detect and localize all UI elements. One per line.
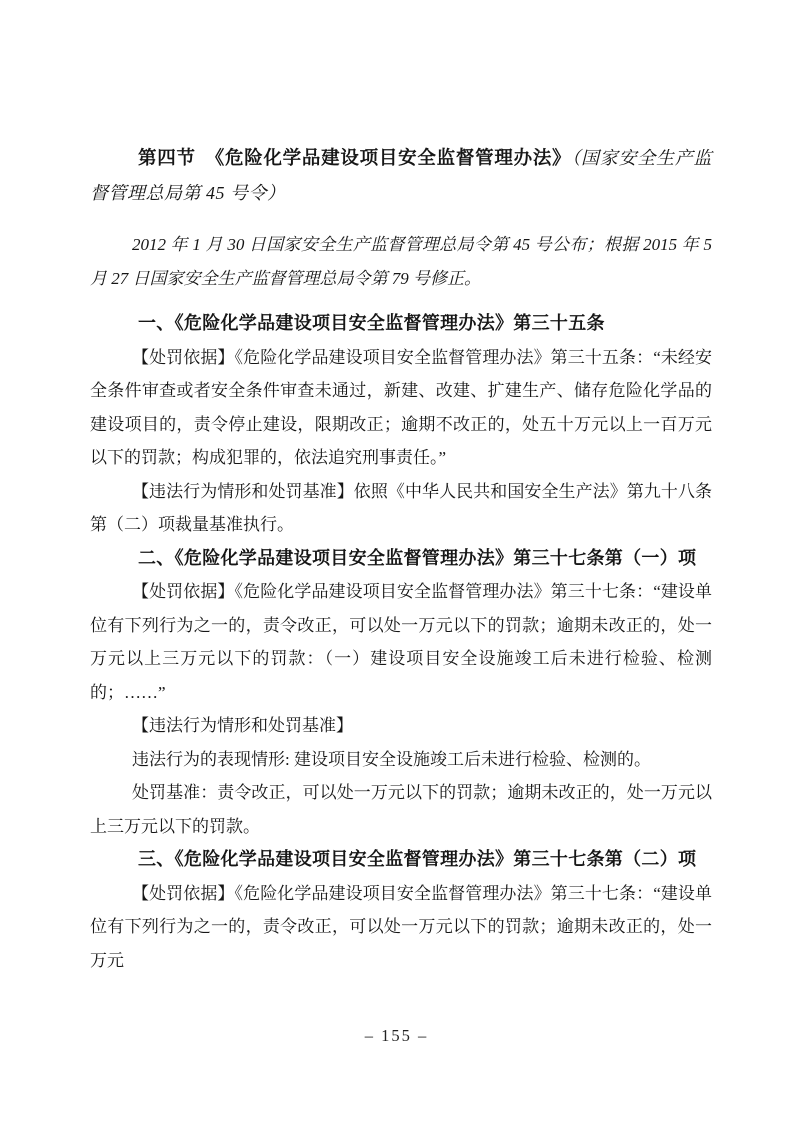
page-number: – 155 – [0,1026,793,1046]
paragraph-penalty-standard-2: 处罚基准：责令改正，可以处一万元以下的罚款；逾期未改正的，处一万元以上三万元以下… [90,776,712,843]
document-page: 第四节 《危险化学品建设项目安全监督管理办法》（国家安全生产监督管理总局第 45… [0,0,793,1122]
paragraph-penalty-basis-3: 【处罚依据】《危险化学品建设项目安全监督管理办法》第三十七条：“建设单位有下列行… [90,877,712,978]
heading-section-2: 二、《危险化学品建设项目安全监督管理办法》第三十七条第（一）项 [90,542,712,576]
paragraph-penalty-basis-1: 【处罚依据】《危险化学品建设项目安全监督管理办法》第三十五条：“未经安全条件审查… [90,341,712,475]
heading-section-3: 三、《危险化学品建设项目安全监督管理办法》第三十七条第（二）项 [90,843,712,877]
paragraph-penalty-basis-2: 【处罚依据】《危险化学品建设项目安全监督管理办法》第三十七条：“建设单位有下列行… [90,575,712,709]
paragraph-violation-standard-2-label: 【违法行为情形和处罚基准】 [90,709,712,743]
paragraph-violation-form-2: 违法行为的表现情形: 建设项目安全设施竣工后未进行检验、检测的。 [90,743,712,777]
heading-section-1: 一、《危险化学品建设项目安全监督管理办法》第三十五条 [90,307,712,341]
revision-note: 2012 年 1 月 30 日国家安全生产监督管理总局令第 45 号公布；根据 … [90,228,712,295]
section-title: 第四节 《危险化学品建设项目安全监督管理办法》（国家安全生产监督管理总局第 45… [90,141,712,210]
section-title-main: 第四节 《危险化学品建设项目安全监督管理办法》 [138,147,571,168]
paragraph-violation-standard-1: 【违法行为情形和处罚基准】依照《中华人民共和国安全生产法》第九十八条第（二）项裁… [90,475,712,542]
document-content: 第四节 《危险化学品建设项目安全监督管理办法》（国家安全生产监督管理总局第 45… [90,141,712,977]
